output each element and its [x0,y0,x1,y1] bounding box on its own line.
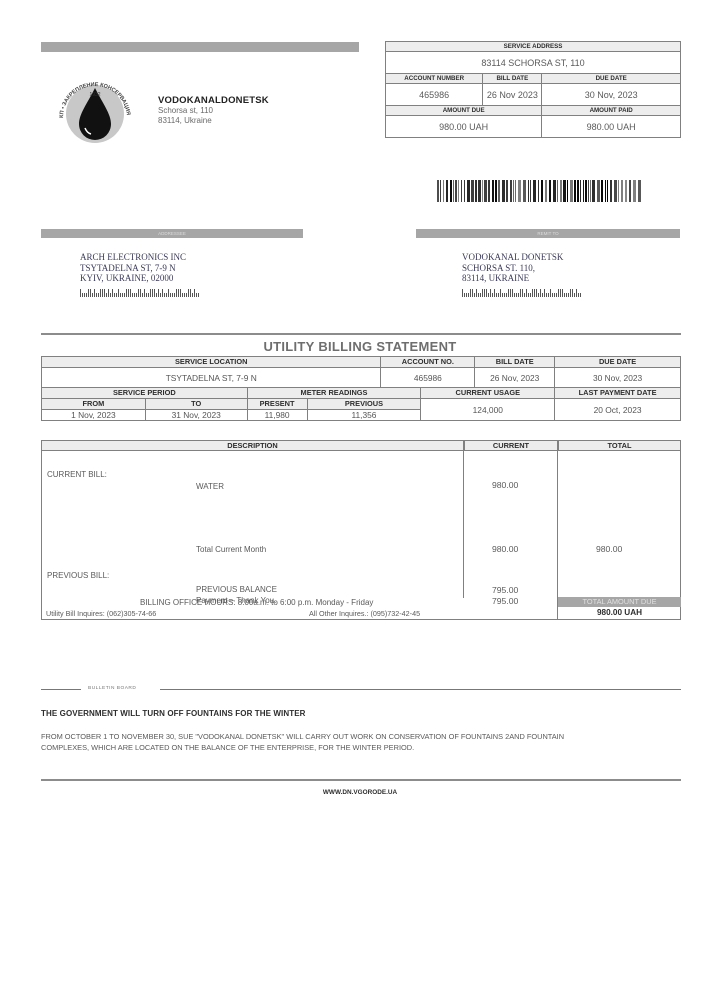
total-header: TOTAL [558,440,681,451]
present-header: PRESENT [247,399,307,410]
water-drop-seal-icon: КП • ЗАКРЕПЛЕНИЕ КОНСЕРВАЦИЯ 1932 [51,74,139,154]
last-payment-date-value: 20 Oct, 2023 [555,399,681,421]
bill-date-label: BILL DATE [483,74,542,84]
amount-paid-label: AMOUNT PAID [542,106,681,116]
meter-previous-value: 11,356 [307,410,421,421]
company-info: VODOKANALDONETSK Schorsa st, 110 83114, … [158,95,269,126]
remit-line: VODOKANAL DONETSK [462,252,563,263]
addressee-label: ADDRESSEE [41,229,303,238]
current-usage-header: CURRENT USAGE [421,388,555,399]
previous-balance-value: 795.00 [492,585,518,595]
due-date-header: DUE DATE [555,357,681,368]
meter-present-value: 11,980 [247,410,307,421]
description-box [41,440,681,620]
description-header-row: DESCRIPTION CURRENT TOTAL [41,440,681,451]
bill-date-header: BILL DATE [475,357,555,368]
divider [41,333,681,335]
bulletin-body: FROM OCTOBER 1 TO NOVEMBER 30, SUE "VODO… [41,731,601,753]
service-location-header: SERVICE LOCATION [42,357,381,368]
statement-title: UTILITY BILLING STATEMENT [0,339,720,354]
meter-readings-header: METER READINGS [247,388,421,399]
service-period-header: SERVICE PERIOD [42,388,248,399]
to-header: TO [145,399,247,410]
due-date-value: 30 Nov, 2023 [555,368,681,388]
current-usage-value: 124,000 [421,399,555,421]
remit-to-label: REMIT TO [416,229,680,238]
total-current-month-total: 980.00 [596,544,622,554]
website-link[interactable]: WWW.DN.VGORODE.UA [0,789,720,796]
bulletin-title: THE GOVERNMENT WILL TURN OFF FOUNTAINS F… [41,709,306,718]
bill-date-value: 26 Nov, 2023 [475,368,555,388]
other-inquiries: All Other Inquires.: (095)732-42-45 [309,609,420,618]
due-date-label: DUE DATE [542,74,681,84]
divider [41,689,81,690]
addressee-line: KYIV, UKRAINE, 02000 [80,273,186,284]
postal-barcode [80,289,199,297]
period-to-value: 31 Nov, 2023 [145,410,247,421]
account-no-header: ACCOUNT NO. [381,357,475,368]
period-from-value: 1 Nov, 2023 [42,410,146,421]
addressee-address: ARCH ELECTRONICS INC TSYTADELNA ST, 7-9 … [80,252,186,284]
account-number-label: ACCOUNT NUMBER [386,74,483,84]
statement-table: SERVICE LOCATION ACCOUNT NO. BILL DATE D… [41,356,681,421]
company-street: Schorsa st, 110 [158,106,269,116]
company-city: 83114, Ukraine [158,116,269,126]
remit-line: SCHORSA ST. 110, [462,263,563,274]
divider [160,689,681,690]
addressee-line: ARCH ELECTRONICS INC [80,252,186,263]
previous-bill-label: PREVIOUS BILL: [47,571,109,580]
last-payment-date-header: LAST PAYMENT DATE [555,388,681,399]
barcode [437,180,642,202]
previous-balance-label: PREVIOUS BALANCE [196,585,277,594]
column-divider [463,451,464,598]
from-header: FROM [42,399,146,410]
previous-header: PREVIOUS [307,399,421,410]
current-bill-label: CURRENT BILL: [47,470,107,479]
water-label: WATER [196,482,224,491]
bulletin-board-label: BULLETIN BOARD [88,686,136,691]
office-hours: BILLING OFFICE HOURS: 8:00a.m. to 6:00 p… [140,598,373,607]
water-current: 980.00 [492,480,518,490]
description-header: DESCRIPTION [41,440,464,451]
remit-to-address: VODOKANAL DONETSK SCHORSA ST. 110, 83114… [462,252,563,284]
svg-text:1932: 1932 [89,92,100,98]
company-name: VODOKANALDONETSK [158,95,269,106]
divider [41,779,681,781]
bill-date-value: 26 Nov 2023 [483,84,542,106]
payment-value: 795.00 [492,596,518,606]
postal-barcode [462,289,581,297]
due-date-value: 30 Nov, 2023 [542,84,681,106]
header-bar [41,42,359,52]
amount-paid-value: 980.00 UAH [542,116,681,138]
total-current-month-current: 980.00 [492,544,518,554]
service-address-label: SERVICE ADDRESS [386,42,681,52]
total-amount-due-value: 980.00 UAH [558,607,681,619]
addressee-line: TSYTADELNA ST, 7-9 N [80,263,186,274]
column-divider [557,451,558,620]
account-number-value: 465986 [386,84,483,106]
current-header: CURRENT [464,440,558,451]
amount-due-value: 980.00 UAH [386,116,542,138]
account-no-value: 465986 [381,368,475,388]
utility-inquiries: Utility Bill Inquires: (062)305-74-66 [46,609,156,618]
amount-due-label: AMOUNT DUE [386,106,542,116]
total-current-month-label: Total Current Month [196,545,266,554]
service-address-value: 83114 SCHORSA ST, 110 [386,52,681,74]
service-location-value: TSYTADELNA ST, 7-9 N [42,368,381,388]
total-amount-due-label: TOTAL AMOUNT DUE [558,597,681,607]
account-summary-table: SERVICE ADDRESS 83114 SCHORSA ST, 110 AC… [385,41,681,138]
remit-line: 83114, UKRAINE [462,273,563,284]
